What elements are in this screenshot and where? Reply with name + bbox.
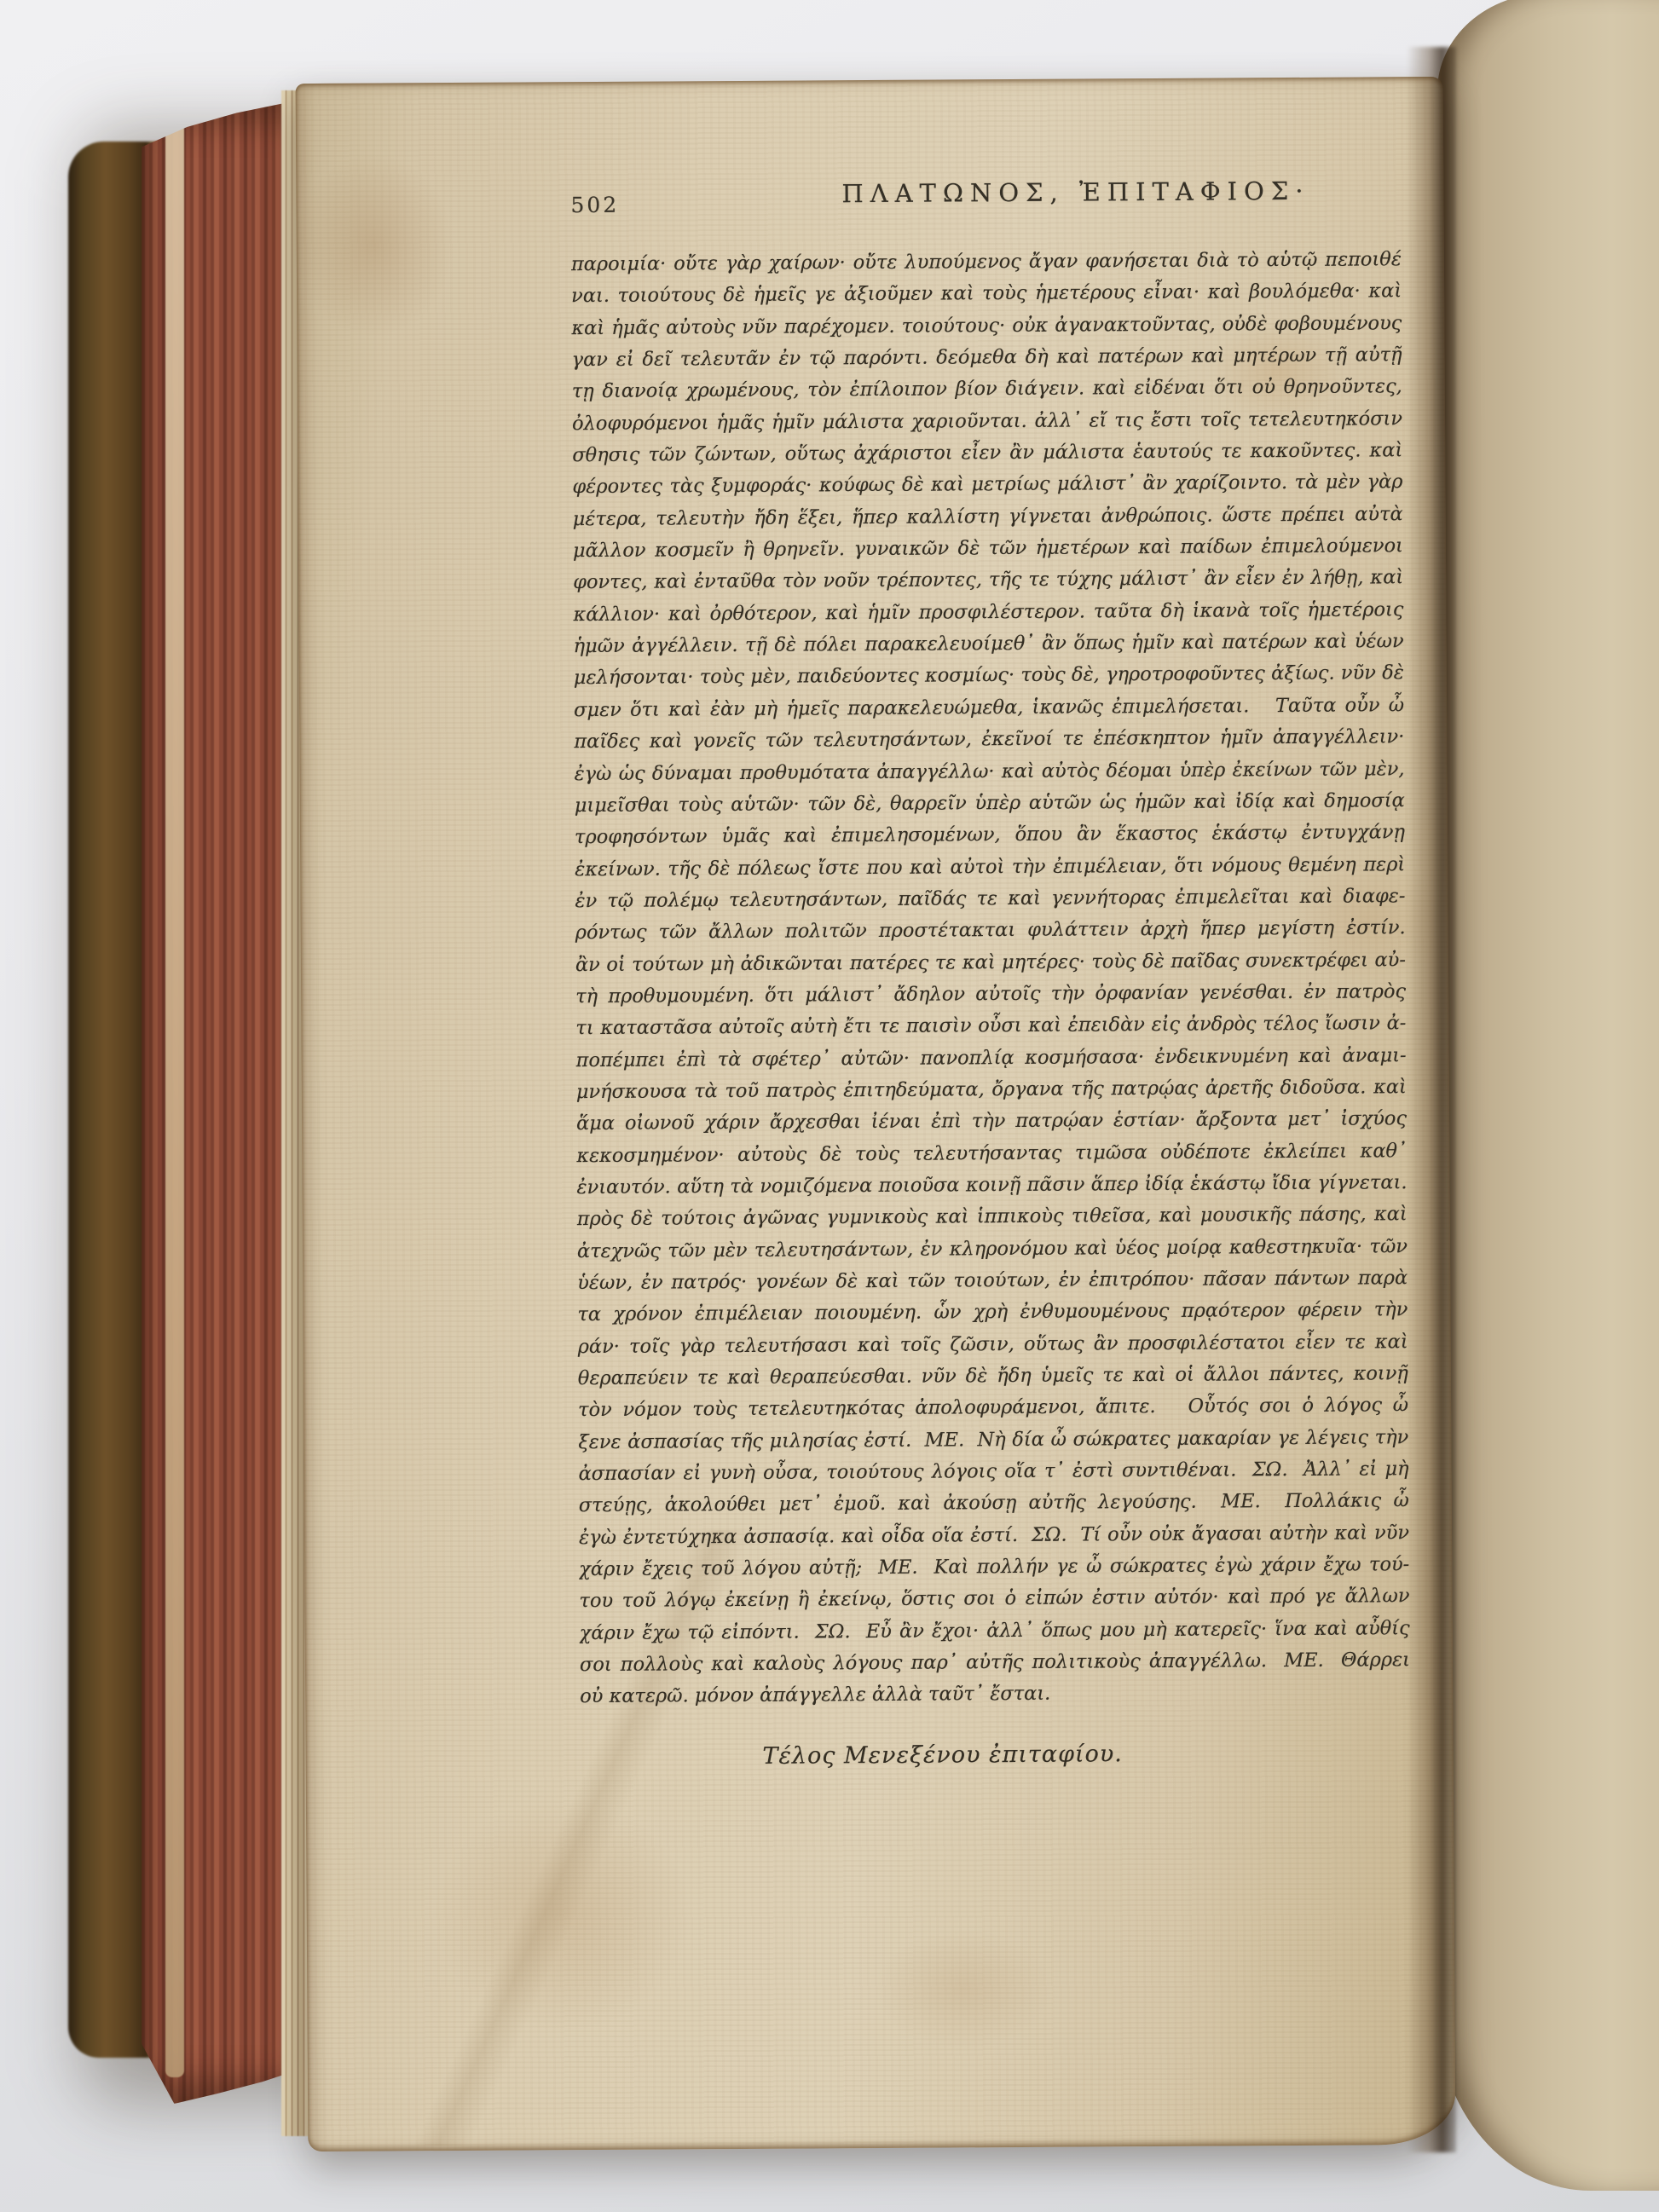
text-line: ἂν οἱ τούτων μὴ ἀδικῶνται πατέρες τε καὶ… [575, 944, 1406, 981]
text-line: ναι. τοιούτους δὲ ἡμεῖς γε ἀξιοῦμεν καὶ … [571, 276, 1402, 313]
text-line: μνήσκουσα τὰ τοῦ πατρὸς ἐπιτηδεύματα, ὄρ… [576, 1071, 1407, 1108]
text-line: κάλλιον· καὶ ὀρθότερον, καὶ ἡμῖν προσφιλ… [573, 594, 1403, 631]
text-line: ποπέμπει ἐπὶ τὰ σφέτερ᾽ αὐτῶν· πανοπλίᾳ … [575, 1040, 1406, 1077]
text-line: ἡμῶν ἀγγέλλειν. τῇ δὲ πόλει παρακελευοίμ… [574, 626, 1404, 662]
text-line: τῃ διανοίᾳ χρωμένους, τὸν ἐπίλοιπον βίον… [572, 372, 1402, 408]
text-line: γαν εἰ δεῖ τελευτᾶν ἐν τῷ παρόντι. δεόμε… [571, 339, 1402, 376]
text-line: ὀλοφυρόμενοι ἡμᾶς ἡμῖν μάλιστα χαριοῦντα… [572, 403, 1402, 440]
text-line: τι καταστᾶσα αὐτοῖς αὐτὴ ἔτι τε παισὶν ο… [575, 1008, 1406, 1044]
text-line: στεύῃς, ἀκολούθει μετ᾽ ἐμοῦ. καὶ ἀκούσῃ … [579, 1486, 1409, 1522]
text-line: του τοῦ λόγῳ ἐκείνῃ ἢ ἐκείνῳ, ὅστις σοι … [579, 1581, 1409, 1618]
text-line: ράν· τοῖς γὰρ τελευτήσασι καὶ τοῖς ζῶσιν… [578, 1326, 1408, 1363]
text-line: καὶ ἡμᾶς αὐτοὺς νῦν παρέχομεν. τοιούτους… [571, 308, 1402, 344]
text-line: ξενε ἀσπασίας τῆς μιλησίας ἐστί. ΜΕ. Νὴ … [578, 1422, 1408, 1458]
text-line: τα χρόνον ἐπιμέλειαν ποιουμένη. ὧν χρὴ ἐ… [577, 1295, 1408, 1331]
colophon-line: Τέλος Μενεξένου ἐπιταφίου. [528, 1740, 1358, 1771]
text-line: παροιμία· οὔτε γὰρ χαίρων· οὔτε λυπούμεν… [571, 244, 1402, 280]
text-line: μέτερα, τελευτὴν ἤδη ἕξει, ἥπερ καλλίστη… [573, 499, 1403, 535]
text-line: μᾶλλον κοσμεῖν ἢ θρηνεῖν. γυναικῶν δὲ τῶ… [573, 530, 1403, 567]
book-page: 502 ΠΛΑΤΩΝΟΣ, ἘΠΙΤΑΦΙΟΣ· παροιμία· οὔτε … [296, 77, 1456, 2151]
text-line: τὸν νόμον τοὺς τετελευτηκότας ἀπολοφυράμ… [578, 1390, 1408, 1427]
text-line: ἐγὼ ὡς δύναμαι προθυμότατα ἀπαγγέλλω· κα… [574, 754, 1404, 790]
text-line: φέροντες τὰς ξυμφοράς· κούφως δὲ καὶ μετ… [572, 467, 1402, 504]
text-line: οὐ κατερῶ. μόνον ἀπάγγελλε ἀλλὰ ταῦτ᾽ ἔσ… [580, 1677, 1410, 1713]
photo-scene: 502 ΠΛΑΤΩΝΟΣ, ἘΠΙΤΑΦΙΟΣ· παροιμία· οὔτε … [0, 0, 1659, 2212]
gutter-shadow [1407, 47, 1456, 2152]
text-line: μιμεῖσθαι τοὺς αὑτῶν· τῶν δὲ, θαρρεῖν ὑπ… [575, 785, 1405, 822]
text-line: ἀτεχνῶς τῶν μὲν τελευτησάντων, ἐν κληρον… [577, 1231, 1408, 1268]
text-line: ἅμα οἰωνοῦ χάριν ἄρχεσθαι ἰέναι ἐπὶ τὴν … [576, 1103, 1407, 1140]
paper-stain [383, 1752, 743, 2078]
text-line: σοι πολλοὺς καὶ καλοὺς λόγους παρ᾽ αὐτῆς… [580, 1644, 1410, 1681]
text-line: χάριν ἔχω τῷ εἰπόντι. ΣΩ. Εὖ ἂν ἔχοι· ἀλ… [580, 1613, 1410, 1649]
facing-page [1437, 0, 1659, 2191]
greek-text-block: παροιμία· οὔτε γὰρ χαίρων· οὔτε λυπούμεν… [571, 244, 1410, 1713]
text-line: τὴ προθυμουμένη. ὅτι μάλιστ᾽ ἄδηλον αὐτο… [575, 976, 1406, 1013]
text-line: παῖδες καὶ γονεῖς τῶν τελευτησάντων, ἐκε… [574, 721, 1404, 758]
text-line: θεραπεύειν τε καὶ θεραπεύεσθαι. νῦν δὲ ἤ… [578, 1358, 1408, 1395]
text-line: κεκοσμημένον· αὐτοὺς δὲ τοὺς τελευτήσαντ… [576, 1135, 1407, 1172]
text-line: χάριν ἔχεις τοῦ λόγου αὐτῇ; ΜΕ. Καὶ πολλ… [579, 1549, 1409, 1585]
text-line: ἐκείνων. τῆς δὲ πόλεως ἴστε που καὶ αὐτο… [575, 849, 1405, 886]
text-line: φοντες, καὶ ἐνταῦθα τὸν νοῦν τρέποντες, … [573, 563, 1403, 599]
text-line: τροφησόντων ὑμᾶς καὶ ἐπιμελησομένων, ὅπο… [575, 817, 1405, 853]
paper-stain [835, 1903, 1092, 2075]
text-line: ἐγὼ ἐντετύχηκα ἀσπασίᾳ. καὶ οἶδα οἵα ἐστ… [579, 1517, 1409, 1554]
text-line: πρὸς δὲ τούτοις ἀγῶνας γυμνικοὺς καὶ ἱππ… [577, 1199, 1408, 1236]
text-line: μελήσονται· τοὺς μὲν, παιδεύοντες κοσμίω… [574, 658, 1404, 695]
text-line: ὑέων, ἐν πατρός· γονέων δὲ καὶ τῶν τοιού… [577, 1262, 1408, 1299]
text-line: ἐνιαυτόν. αὕτη τὰ νομιζόμενα ποιοῦσα κοι… [576, 1167, 1407, 1204]
running-title: ΠΛΑΤΩΝΟΣ, ἘΠΙΤΑΦΙΟΣ· [841, 176, 1242, 208]
text-line: σμεν ὅτι καὶ ἐὰν μὴ ἡμεῖς παρακελευώμεθα… [574, 690, 1404, 726]
text-line: σθησις τῶν ζώντων, οὕτως ἀχάριστοι εἶεν … [572, 435, 1402, 471]
text-line: ρόντως τῶν ἄλλων πολιτῶν προστέτακται φυ… [575, 912, 1406, 949]
text-line: ἐν τῷ πολέμῳ τελευτησάντων, παῖδάς τε κα… [575, 881, 1405, 917]
text-line: ἀσπασίαν εἰ γυνὴ οὖσα, τοιούτους λόγοις … [578, 1453, 1408, 1490]
folio-number: 502 [570, 193, 619, 217]
